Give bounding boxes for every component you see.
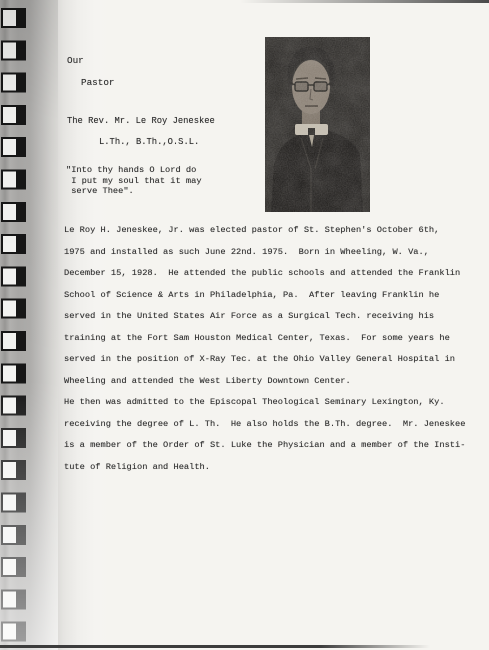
pastor-portrait-photo	[265, 37, 370, 212]
text-line: "Into thy hands O Lord do	[66, 165, 202, 176]
text-line: I put my soul that it may	[66, 176, 202, 187]
pastor-portrait-illustration	[265, 37, 370, 212]
text-line: receiving the degree of L. Th. He also h…	[64, 414, 465, 436]
biography-text: Le Roy H. Jeneskee, Jr. was elected past…	[64, 220, 465, 479]
binding-teeth-highlight	[3, 10, 16, 650]
text-line: serve Thee".	[66, 186, 202, 197]
text-line: training at the Fort Sam Houston Medical…	[64, 328, 465, 350]
text-line: tute of Religion and Health.	[64, 457, 465, 479]
text-line: Le Roy H. Jeneskee, Jr. was elected past…	[64, 220, 465, 242]
pastor-credentials: L.Th., B.Th.,O.S.L.	[99, 137, 199, 147]
scan-bottom-edge-shadow	[0, 645, 430, 648]
pastor-name: The Rev. Mr. Le Roy Jeneskee	[67, 116, 215, 126]
binding-spine	[0, 0, 58, 650]
scanned-page: Our Pastor The Rev. Mr. Le Roy Jeneskee …	[0, 0, 489, 650]
photo-grain-texture	[265, 37, 370, 212]
text-line: School of Science & Arts in Philadelphia…	[64, 285, 465, 307]
text-line: served in the position of X-Ray Tec. at …	[64, 349, 465, 371]
text-line: is a member of the Order of St. Luke the…	[64, 435, 465, 457]
dedication-quote: "Into thy hands O Lord do I put my soul …	[66, 165, 202, 197]
text-line: 1975 and installed as such June 22nd. 19…	[64, 242, 465, 264]
text-line: He then was admitted to the Episcopal Th…	[64, 392, 465, 414]
text-line: December 15, 1928. He attended the publi…	[64, 263, 465, 285]
heading-pastor: Pastor	[81, 77, 114, 88]
heading-our: Our	[67, 55, 84, 66]
scan-top-edge-shadow	[240, 0, 489, 3]
text-line: Wheeling and attended the West Liberty D…	[64, 371, 465, 393]
text-line: served in the United States Air Force as…	[64, 306, 465, 328]
